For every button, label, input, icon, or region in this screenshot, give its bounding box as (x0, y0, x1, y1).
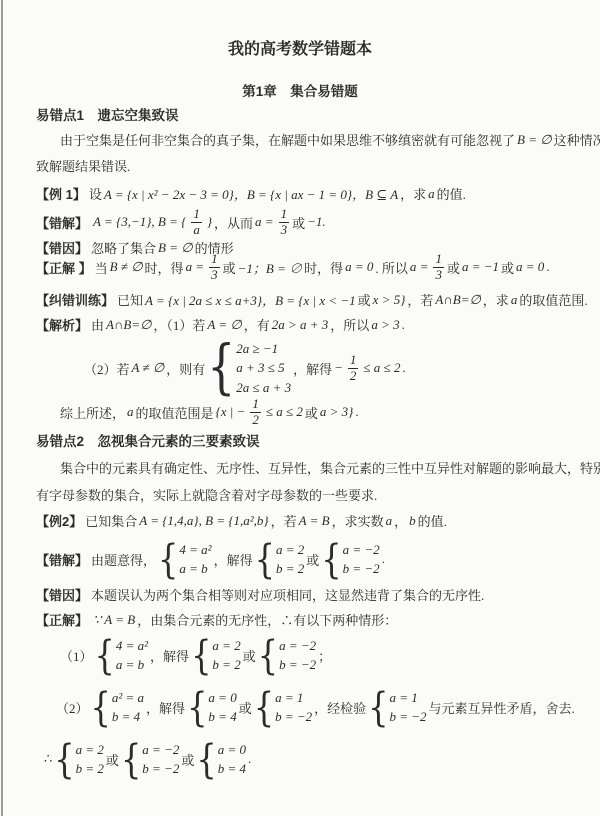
analysis-case2-line: （2）若 A ≠ ∅ ，则有 2a ≥ −1 a + 3 ≤ 5 2a ≤ a … (84, 338, 406, 398)
text-run: 已知集合 (85, 511, 137, 530)
math-run: a (127, 404, 134, 420)
text-run: ，解得 (293, 359, 332, 378)
correct-case1-line: （1） 4 = a² a = b ，解得 a = 2 b = 2 或 a = −… (60, 632, 331, 678)
text-run: . (402, 317, 405, 333)
text-run: 或 (292, 213, 305, 232)
math-run: A = {x | x² − 2x − 3 = 0}，B = {x | ax − … (104, 184, 398, 203)
left-brace-icon (254, 691, 274, 723)
text-run: ，解得 (146, 698, 185, 717)
text-run: 集合中的元素具有确定性、无序性、互异性，集合元素的三性中互异性对解题的影响最大，… (60, 458, 600, 477)
case-row: a = 2 (212, 636, 240, 656)
fraction-numerator: 1 (250, 397, 261, 411)
text-run: 时，得 (304, 258, 343, 277)
text-run: 由于空集是任何非空集合的真子集，在解题中如果思维不够缜密就有可能忽视了 (60, 130, 515, 149)
text-run: ，所以 (330, 315, 369, 334)
text-run: ，有 (244, 315, 270, 334)
text-run: ，若 (271, 511, 297, 530)
cases-group: a = −2 b = −2 (258, 636, 316, 675)
text-run: 或 (501, 258, 514, 277)
text-run: ，求实数 (332, 511, 384, 530)
left-brace-icon (258, 639, 278, 671)
text-run: 的值. (437, 184, 466, 203)
math-run: a > 3} (320, 404, 353, 420)
example2-correct-line: 【正解】 ∵ A = B ，由集合元素的无序性，∴有以下两种情形： (36, 610, 397, 629)
text-run: 的值. (418, 511, 447, 530)
text-run: 的取值范围. (519, 290, 587, 309)
math-run: } (207, 214, 212, 230)
analysis-label: 【解析】 (36, 315, 88, 334)
example1-wrong-line: 【错解】 A = {3,−1}, B = { 1a } ，从而 a = 13 或… (36, 206, 328, 238)
math-run: A = {1,4,a}, B = {1,a²,b} (139, 513, 268, 529)
fraction: 13 (279, 207, 290, 237)
document-page: 我的高考数学错题本 第1章 集合易错题 易错点1 遗忘空集致误 由于空集是任何非… (0, 0, 600, 816)
text-run: 的取值范围是 (136, 403, 214, 422)
text-run: 有字母参数的集合，实际上就隐含着对字母参数的一些要求. (36, 485, 377, 504)
case-row: 4 = a² (179, 540, 211, 560)
fraction: 13 (433, 252, 444, 282)
cases-group: a = 0 b = 4 (187, 688, 237, 727)
math-run: A = ∅ (207, 317, 241, 333)
math-run: − (334, 360, 343, 376)
math-run: x > 5} (373, 292, 406, 308)
final-answer-line: ∴ a = 2 b = 2 或 a = −2 b = −2 或 a = 0 b … (44, 736, 251, 782)
cases-group: a = −2 b = −2 (321, 540, 379, 579)
left-brace-icon (321, 543, 341, 575)
cases-group: 4 = a² a = b (95, 636, 149, 675)
fraction-numerator: 1 (191, 207, 202, 221)
math-run: a (511, 292, 518, 308)
text-run: 或 (358, 290, 371, 309)
scan-edge-line (1, 0, 3, 816)
case-row: b = −2 (275, 707, 312, 727)
text-run: （2）若 (84, 359, 130, 378)
text-run: ，由集合元素的无序性，∴有以下两种情形： (137, 610, 397, 629)
text-run: （1） (60, 646, 93, 665)
case-row: a + 3 ≤ 5 (236, 358, 291, 378)
case-row: b = −2 (279, 655, 316, 675)
text-run: 由题意得， (91, 550, 156, 569)
math-run: −1. (307, 214, 326, 230)
fraction-numerator: 1 (433, 252, 444, 266)
cases-group: a = 2 b = 2 (191, 636, 241, 675)
case-row: b = 4 (208, 707, 236, 727)
case-row: b = −2 (343, 559, 380, 579)
text-run: . (355, 404, 358, 420)
math-run: a = (186, 259, 205, 275)
text-run: . (546, 259, 549, 275)
left-brace-icon (187, 691, 207, 723)
math-run: A∩B=∅ (435, 292, 480, 308)
math-run: A ≠ ∅ (132, 360, 165, 376)
math-run: B ≠ ∅ (110, 259, 143, 275)
section1-intro-line2: 致解题结果错误. (36, 156, 130, 175)
fraction: 13 (209, 252, 220, 282)
case-row: a² = a (112, 688, 144, 708)
text-run: 或 (306, 550, 319, 569)
text-run: 或 (223, 258, 236, 277)
left-brace-icon (121, 743, 141, 775)
left-brace-icon (191, 639, 211, 671)
cases-group: a = 1 b = −2 (368, 688, 426, 727)
text-run: ，（1）若 (153, 315, 205, 334)
text-run: 或 (106, 750, 119, 769)
text-run: 设 (89, 184, 102, 203)
math-run: a = (255, 214, 274, 230)
fraction-denominator: 3 (433, 267, 444, 282)
text-run: 致解题结果错误. (36, 156, 130, 175)
section2-heading: 易错点2 忽视集合元素的三要素致误 (36, 430, 260, 450)
section2-intro-line1: 集合中的元素具有确定性、无序性、互异性，集合元素的三性中互异性对解题的影响最大，… (60, 458, 600, 477)
section2-heading-text: 易错点2 忽视集合元素的三要素致误 (36, 430, 260, 450)
text-run: ，若 (407, 290, 433, 309)
math-run: A∩B=∅ (106, 317, 151, 333)
text-run: 或 (239, 698, 252, 717)
example2-wrong-line: 【错解】 由题意得， 4 = a² a = b ，解得 a = 2 b = 2 … (36, 536, 385, 582)
case-row: b = 2 (276, 559, 304, 579)
text-run: 这种情况，导 (554, 130, 600, 149)
text-run: ，经检验 (314, 698, 366, 717)
therefore-symbol: ∴ (44, 751, 52, 767)
cases-group: a² = a b = 4 (91, 688, 145, 727)
case-row: b = 2 (212, 655, 240, 675)
fraction-denominator: a (191, 222, 202, 237)
case-row: 2a ≤ a + 3 (236, 378, 291, 398)
left-brace-icon (158, 543, 178, 575)
text-run: 由 (91, 315, 104, 334)
text-run: 已知 (117, 290, 143, 309)
fraction-denominator: 3 (279, 222, 290, 237)
case-row: b = 4 (112, 707, 144, 727)
doc-title-text: 我的高考数学错题本 (228, 36, 372, 59)
case-row: a = 0 (218, 740, 246, 760)
cases-group: a = 2 b = 2 (255, 540, 305, 579)
cases-group: a = 0 b = 4 (196, 740, 246, 779)
cases-group: 2a ≥ −1 a + 3 ≤ 5 2a ≤ a + 3 (207, 339, 291, 398)
text-run: ， (394, 511, 407, 530)
example2-cause-line: 【错因】 本题误认为两个集合相等则对应项相同，这显然违背了集合的无序性. (36, 585, 484, 604)
chapter-heading-text: 第1章 集合易错题 (242, 80, 358, 100)
text-run: 当 (95, 258, 108, 277)
doc-title: 我的高考数学错题本 (0, 36, 600, 59)
math-run: b (409, 513, 416, 529)
left-brace-icon (95, 639, 115, 671)
text-run: 本题误认为两个集合相等则对应项相同，这显然违背了集合的无序性. (91, 585, 484, 604)
example1-correct-line: 【正解 】 当 B ≠ ∅ 时，得 a = 13 或 −1；B = ∅ 时，得 … (36, 251, 550, 283)
text-run: . (382, 551, 385, 567)
text-run: ，从而 (214, 213, 253, 232)
cases-group: 4 = a² a = b (158, 540, 212, 579)
case-row: a = 2 (76, 740, 104, 760)
case-row: b = −2 (390, 707, 427, 727)
fraction-numerator: 1 (209, 252, 220, 266)
text-run: . 所以 (375, 258, 408, 277)
example2-line: 【例2】 已知集合 A = {1,4,a}, B = {1,a²,b} ，若 A… (36, 511, 447, 530)
math-run: a (386, 513, 393, 529)
case-row: a = 0 (208, 688, 236, 708)
cases-group: a = −2 b = −2 (121, 740, 179, 779)
example1-line: 【例 1】 设 A = {x | x² − 2x − 3 = 0}，B = {x… (36, 184, 466, 203)
text-run: 或 (243, 646, 256, 665)
left-brace-icon (368, 691, 388, 723)
left-brace-icon (207, 346, 235, 390)
fraction: 12 (250, 397, 261, 427)
text-run: ，求 (400, 184, 426, 203)
case-row: a = −2 (343, 540, 380, 560)
left-brace-icon (255, 543, 275, 575)
cause-label: 【错因】 (36, 585, 88, 604)
left-brace-icon (91, 691, 111, 723)
text-run: 时，得 (145, 258, 184, 277)
text-run: 与元素互异性矛盾，舍去. (429, 698, 575, 717)
example2-label: 【例2】 (36, 511, 82, 530)
case-row: b = 4 (218, 759, 246, 779)
text-run: . (248, 751, 251, 767)
section1-heading-text: 易错点1 遗忘空集致误 (36, 104, 179, 124)
correct-case2-line: （2） a² = a b = 4 ，解得 a = 0 b = 4 或 a = 1… (56, 684, 575, 730)
text-run: ，解得 (214, 550, 253, 569)
math-run: a = (410, 259, 429, 275)
fraction-denominator: 2 (348, 368, 359, 383)
math-run: a > 3 (371, 317, 399, 333)
train-line: 【纠错训练】 已知 A = {x | 2a ≤ x ≤ a+3}，B = {x … (36, 290, 588, 309)
chapter-heading: 第1章 集合易错题 (0, 80, 600, 100)
math-run: 2a > a + 3 (272, 317, 329, 333)
case-row: 4 = a² (116, 636, 148, 656)
math-run: ≤ a ≤ 2 (363, 360, 400, 376)
summary-line: 综上所述， a 的取值范围是 {x | − 12 ≤ a ≤ 2 或 a > 3… (60, 396, 359, 428)
cases-group: a = 2 b = 2 (54, 740, 104, 779)
train-label: 【纠错训练】 (36, 290, 114, 309)
case-row: a = 1 (275, 688, 312, 708)
wrong-label: 【错解】 (36, 213, 88, 232)
left-brace-icon (196, 743, 216, 775)
math-run: ≤ a ≤ 2 (266, 404, 303, 420)
text-run: 或 (305, 403, 318, 422)
case-row: a = b (179, 559, 211, 579)
case-row: a = −2 (142, 740, 179, 760)
text-run: 综上所述， (60, 403, 125, 422)
left-brace-icon (54, 743, 74, 775)
case-row: a = 1 (390, 688, 427, 708)
example1-label: 【例 1】 (36, 184, 86, 203)
math-run: −1；B = ∅ (238, 258, 303, 277)
wrong-label: 【错解】 (36, 550, 88, 569)
case-row: b = −2 (142, 759, 179, 779)
math-run: a = 0 (345, 259, 373, 275)
math-run: a (428, 186, 435, 202)
math-run: A = B (299, 513, 330, 529)
fraction-denominator: 3 (209, 267, 220, 282)
text-run: （2） (56, 698, 89, 717)
case-row: a = 2 (276, 540, 304, 560)
math-run: a = 0 (516, 259, 544, 275)
math-run: A = {x | 2a ≤ x ≤ a+3}，B = {x | x < −1 (145, 290, 356, 309)
cases-group: a = 1 b = −2 (254, 688, 312, 727)
case-row: b = 2 (76, 759, 104, 779)
fraction-numerator: 1 (279, 207, 290, 221)
fraction: 1a (191, 207, 202, 237)
section2-intro-line2: 有字母参数的集合，实际上就隐含着对字母参数的一些要求. (36, 485, 377, 504)
case-row: a = b (116, 655, 148, 675)
math-run: a = −1 (462, 259, 499, 275)
text-run: ，求 (483, 290, 509, 309)
case-row: 2a ≥ −1 (236, 339, 291, 359)
text-run: . (402, 360, 405, 376)
text-run: ，则有 (166, 359, 205, 378)
section1-intro-line1: 由于空集是任何非空集合的真子集，在解题中如果思维不够缜密就有可能忽视了 B = … (60, 130, 600, 149)
correct-label: 【正解 】 (36, 258, 92, 277)
analysis-line: 【解析】 由 A∩B=∅ ，（1）若 A = ∅ ，有 2a > a + 3 ，… (36, 315, 405, 334)
fraction: 12 (348, 353, 359, 383)
math-run: ∵ A = B (93, 612, 135, 628)
fraction-denominator: 2 (250, 412, 261, 427)
correct-label: 【正解】 (36, 610, 88, 629)
text-run: 或 (181, 750, 194, 769)
section1-heading: 易错点1 遗忘空集致误 (36, 104, 179, 124)
text-run: ，解得 (150, 646, 189, 665)
case-row: a = −2 (279, 636, 316, 656)
math-run: {x | − (216, 404, 246, 420)
text-run: ； (318, 646, 331, 665)
math-run: B = ∅ (517, 132, 552, 148)
fraction-numerator: 1 (348, 353, 359, 367)
math-run: A = {3,−1}, B = { (93, 214, 186, 230)
text-run: 或 (447, 258, 460, 277)
